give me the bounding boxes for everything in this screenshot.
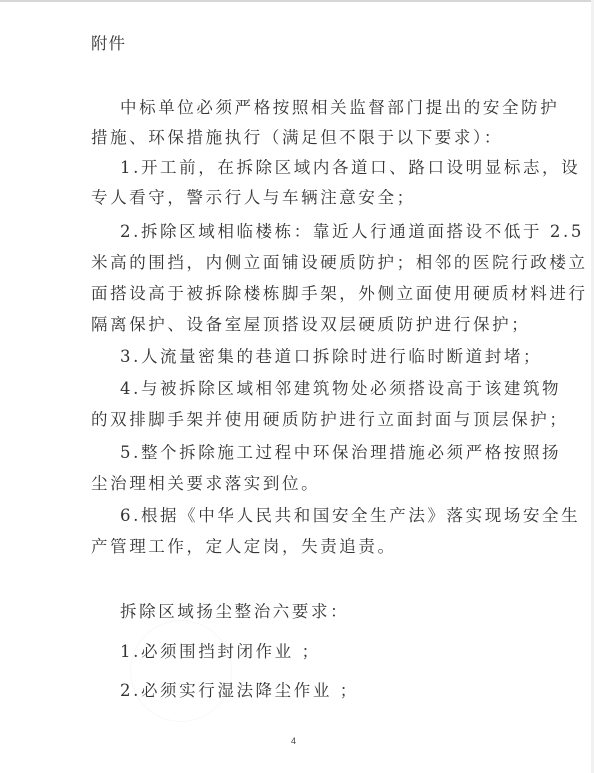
page-top-edge [0, 0, 594, 2]
item-2-line-3: 面搭设高于被拆除楼栋脚手架，外侧立面使用硬质材料进行 [91, 284, 588, 304]
item-4-line-2: 的双排脚手架并使用硬质防护进行立面封面与顶层保护； [91, 410, 569, 430]
item-1-line-1: 1.开工前，在拆除区域内各道口、路口设明显标志，设 [120, 158, 580, 178]
item-6-line-1: 6.根据《中华人民共和国安全生产法》落实现场安全生 [120, 506, 580, 526]
item-6-line-2: 产管理工作，定人定岗，失责追责。 [91, 537, 397, 557]
dust-item-1: 1.必须围挡封闭作业 ； [120, 642, 321, 662]
dust-section-heading: 拆除区域扬尘整治六要求： [120, 602, 349, 622]
item-5-line-1: 5.整个拆除施工过程中环保治理措施必须严格按照扬 [120, 443, 561, 463]
item-5-line-2: 尘治理相关要求落实到位。 [91, 474, 320, 494]
item-2-line-4: 隔离保护、设备室屋顶搭设双层硬质防护进行保护； [91, 315, 530, 335]
item-3-line-1: 3.人流量密集的巷道口拆除时进行临时断道封堵； [120, 347, 542, 367]
page-number: 4 [291, 736, 296, 746]
item-1-line-2: 专人看守，警示行人与车辆注意安全； [91, 188, 416, 208]
intro-line-1: 中标单位必须严格按照相关监督部门提出的安全防护 [120, 98, 559, 118]
dust-item-2: 2.必须实行湿法降尘作业 ； [120, 681, 359, 701]
attachment-heading: 附件 [91, 34, 126, 54]
item-2-line-1: 2.拆除区域相临楼栋：靠近人行通道面搭设不低于 2.5 [120, 222, 584, 242]
intro-line-2: 措施、环保措施执行（满足但不限于以下要求）： [91, 128, 503, 148]
faint-seal-stamp [130, 620, 232, 722]
item-4-line-1: 4.与被拆除区域相邻建筑物处必须搭设高于该建筑物 [120, 379, 561, 399]
item-2-line-2: 米高的围挡，内侧立面铺设硬质防护；相邻的医院行政楼立 [91, 253, 588, 273]
